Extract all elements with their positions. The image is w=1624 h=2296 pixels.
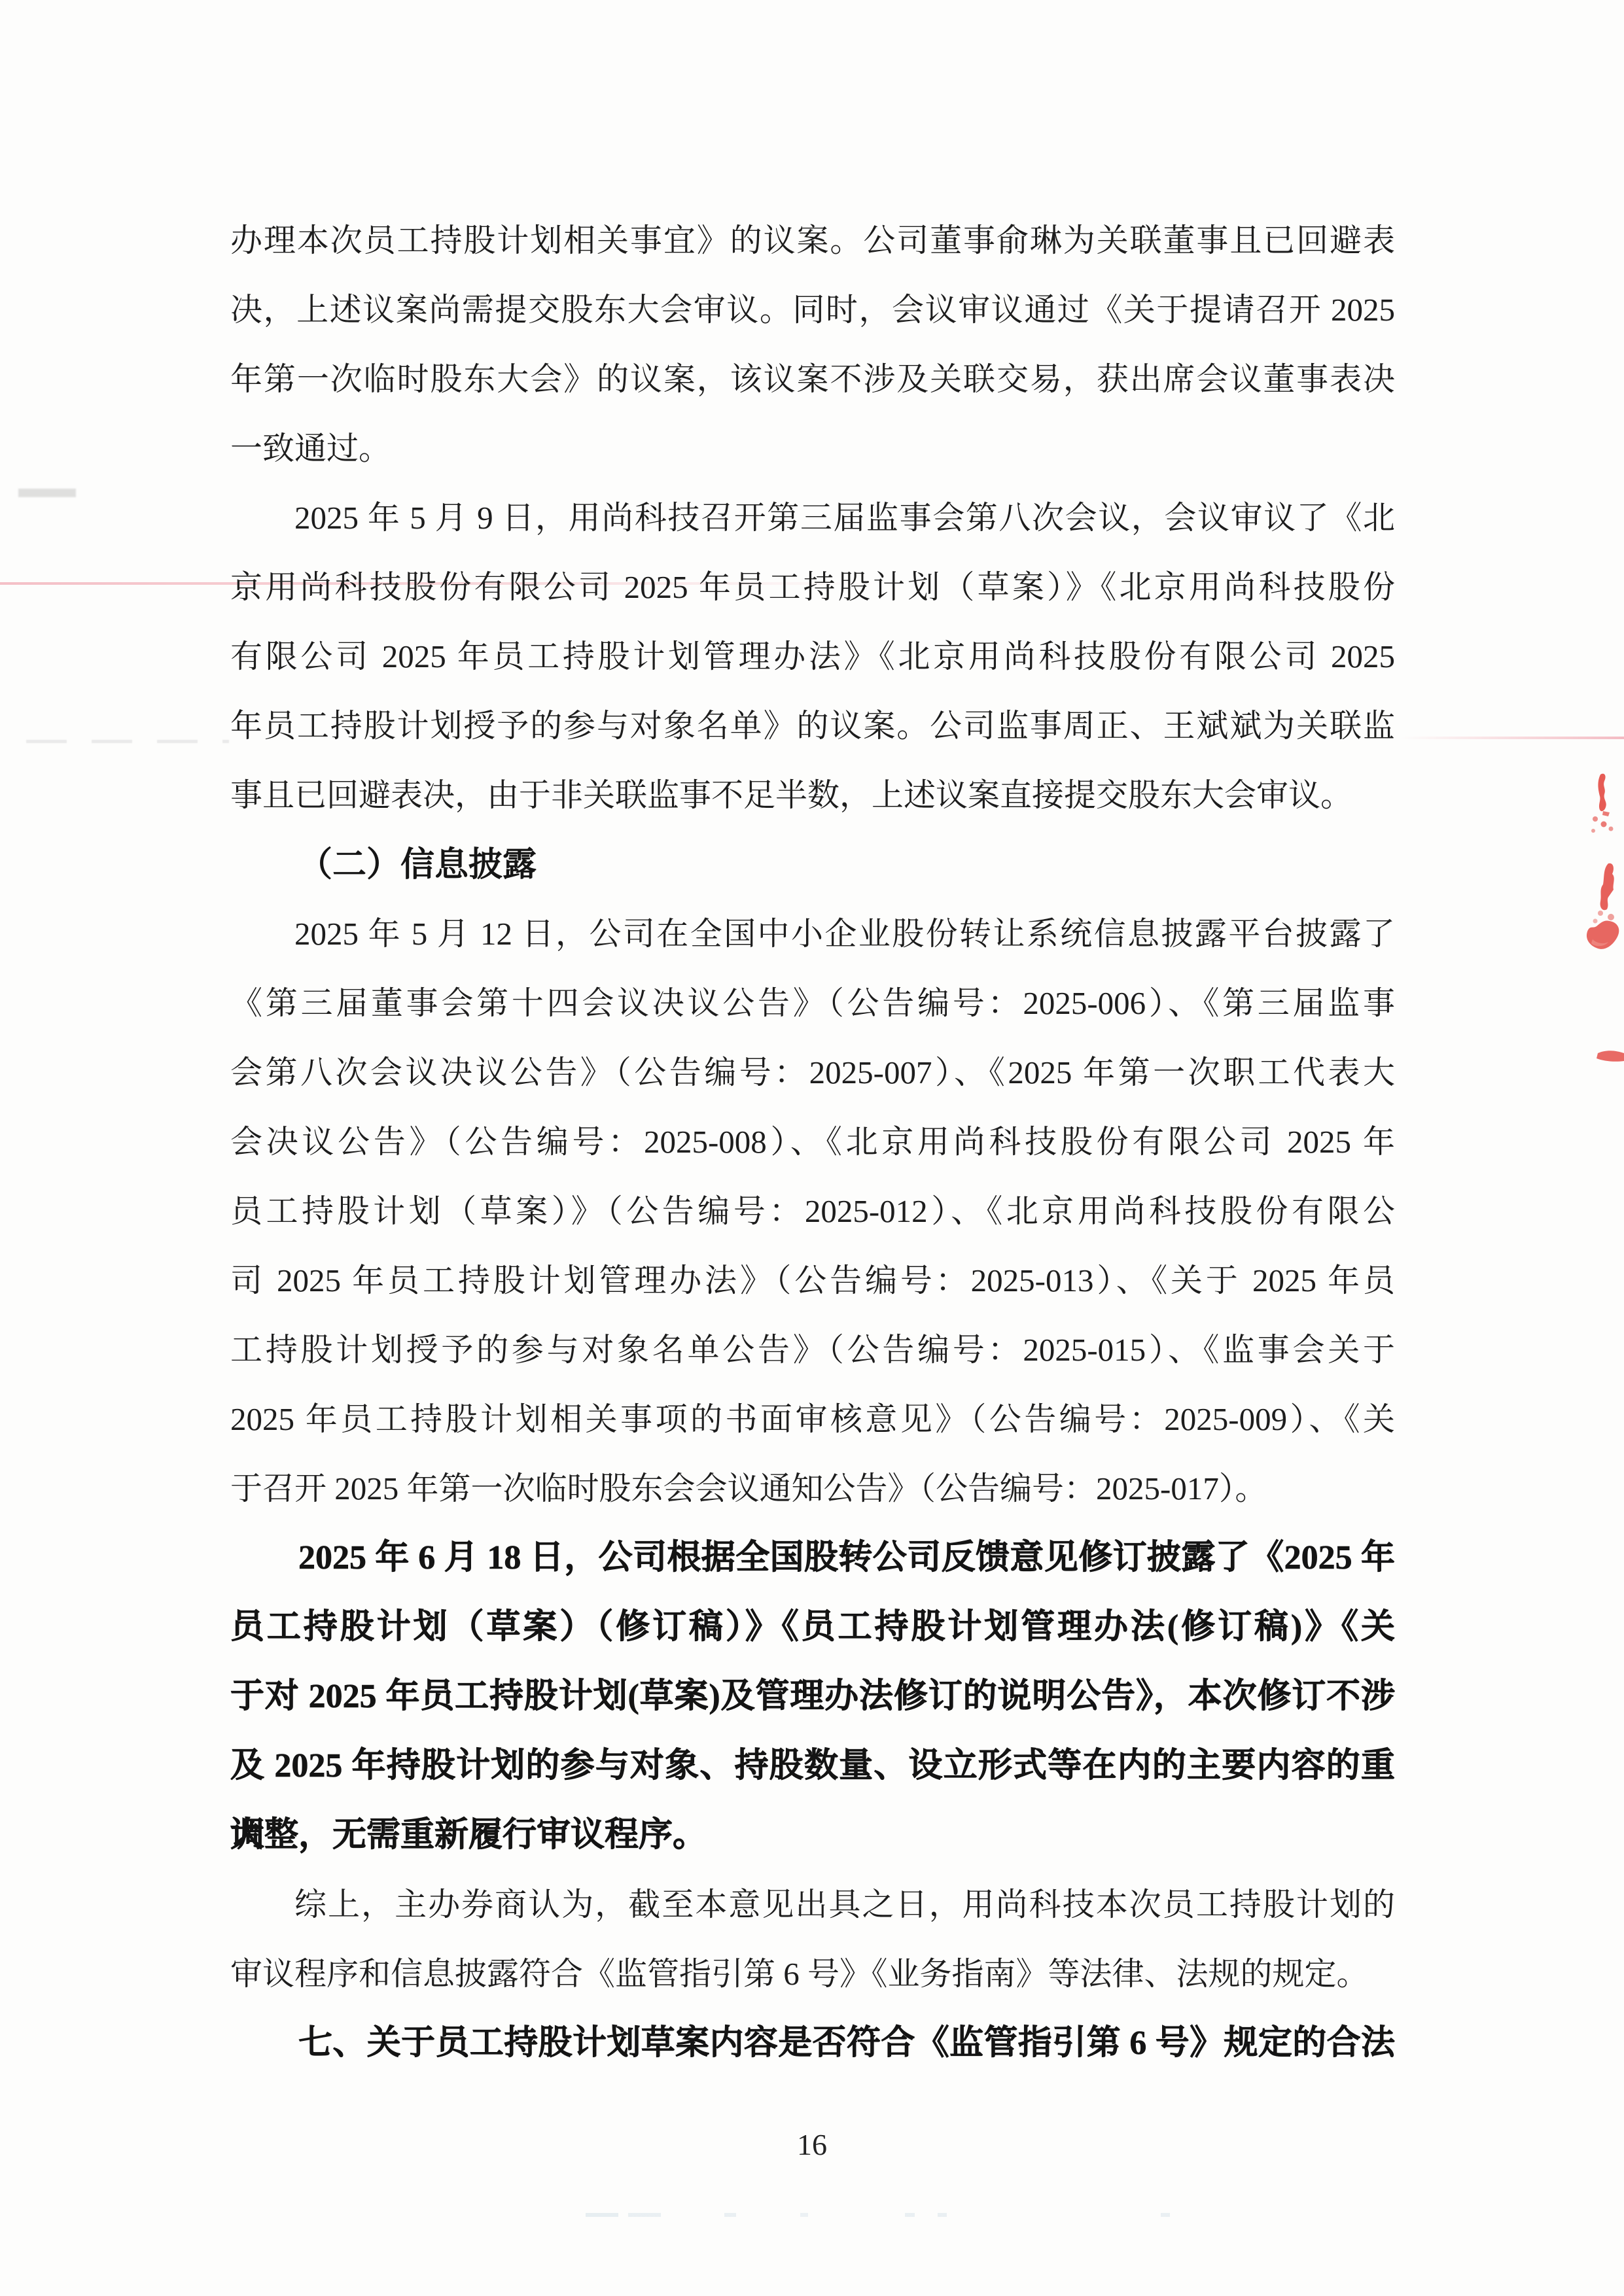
text-line: 《第三届董事会第十四会议决议公告》（公告编号：2025-006）、《第三届监事 [230,969,1395,1038]
paragraph-p2: 2025 年 5 月 9 日，用尚科技召开第三届监事会第八次会议，会议审议了《北… [230,483,1395,830]
text-line: 七、关于员工持股计划草案内容是否符合《监管指引第 6 号》规定的合法 [230,2009,1395,2078]
document-page: 办理本次员工持股计划相关事宜》的议案。公司董事俞琳为关联董事且已回避表决，上述议… [0,0,1624,2296]
text-line: 年员工持股计划授予的参与对象名单》的议案。公司监事周正、王斌斌为关联监 [230,691,1395,761]
text-line: 审议程序和信息披露符合《监管指引第 6 号》《业务指南》等法律、法规的规定。 [230,1939,1395,2009]
text-line: 京用尚科技股份有限公司 2025 年员工持股计划（草案）》《北京用尚科技股份 [230,553,1395,622]
page-number: 16 [0,2127,1624,2162]
scan-artifact-bottom-dashes [586,2213,1174,2217]
paragraph-p5: 综上，主办券商认为，截至本意见出具之日，用尚科技本次员工持股计划的审议程序和信息… [230,1870,1395,2009]
text-line: 2025 年 6 月 18 日，公司根据全国股转公司反馈意见修订披露了《2025… [230,1523,1395,1593]
paragraph-h1: （二）信息披露 [230,830,1395,899]
text-line: 决，上述议案尚需提交股东大会审议。同时，会议审议通过《关于提请召开 2025 [230,275,1395,345]
paragraph-p4: 2025 年 6 月 18 日，公司根据全国股转公司反馈意见修订披露了《2025… [230,1523,1395,1870]
text-line: 调整，无需重新履行审议程序。 [230,1801,1395,1870]
document-body: 办理本次员工持股计划相关事宜》的议案。公司董事俞琳为关联董事且已回避表决，上述议… [230,206,1395,2078]
text-line: 2025 年 5 月 12 日，公司在全国中小企业股份转让系统信息披露平台披露了 [230,899,1395,969]
text-line: 于召开 2025 年第一次临时股东会会议通知公告》（公告编号：2025-017）… [230,1454,1395,1523]
text-line: 年第一次临时股东大会》的议案，该议案不涉及关联交易，获出席会议董事表决 [230,345,1395,414]
text-line: 综上，主办券商认为，截至本意见出具之日，用尚科技本次员工持股计划的 [230,1870,1395,1939]
text-line: 一致通过。 [230,414,1395,483]
scan-artifact-gray-bar [18,489,76,497]
text-line: 有限公司 2025 年员工持股计划管理办法》《北京用尚科技股份有限公司 2025 [230,622,1395,691]
scan-artifact-gray-dashes [26,740,229,743]
scan-artifact-pink-line-right [1400,737,1624,739]
text-line: 及 2025 年持股计划的参与对象、持股数量、设立形式等在内的主要内容的重大 [230,1731,1395,1801]
text-line: （二）信息披露 [230,830,1395,899]
paragraph-h2: 七、关于员工持股计划草案内容是否符合《监管指引第 6 号》规定的合法 [230,2009,1395,2078]
paragraph-p1: 办理本次员工持股计划相关事宜》的议案。公司董事俞琳为关联董事且已回避表决，上述议… [230,206,1395,483]
text-line: 2025 年员工持股计划相关事项的书面审核意见》（公告编号：2025-009）、… [230,1385,1395,1454]
red-seal-stamp-fragment [1583,765,1624,1073]
text-line: 员工持股计划（草案）（修订稿）》《员工持股计划管理办法(修订稿)》《关 [230,1593,1395,1662]
text-line: 于对 2025 年员工持股计划(草案)及管理办法修订的说明公告》，本次修订不涉 [230,1662,1395,1731]
text-line: 2025 年 5 月 9 日，用尚科技召开第三届监事会第八次会议，会议审议了《北 [230,483,1395,553]
text-line: 会决议公告》（公告编号：2025-008）、《北京用尚科技股份有限公司 2025… [230,1107,1395,1177]
text-line: 工持股计划授予的参与对象名单公告》（公告编号：2025-015）、《监事会关于 [230,1315,1395,1385]
text-line: 司 2025 年员工持股计划管理办法》（公告编号：2025-013）、《关于 2… [230,1246,1395,1315]
paragraph-p3: 2025 年 5 月 12 日，公司在全国中小企业股份转让系统信息披露平台披露了… [230,899,1395,1523]
text-line: 办理本次员工持股计划相关事宜》的议案。公司董事俞琳为关联董事且已回避表 [230,206,1395,275]
text-line: 会第八次会议决议公告》（公告编号：2025-007）、《2025 年第一次职工代… [230,1038,1395,1107]
text-line: 员工持股计划（草案）》（公告编号：2025-012）、《北京用尚科技股份有限公 [230,1177,1395,1246]
text-line: 事且已回避表决，由于非关联监事不足半数，上述议案直接提交股东大会审议。 [230,761,1395,830]
